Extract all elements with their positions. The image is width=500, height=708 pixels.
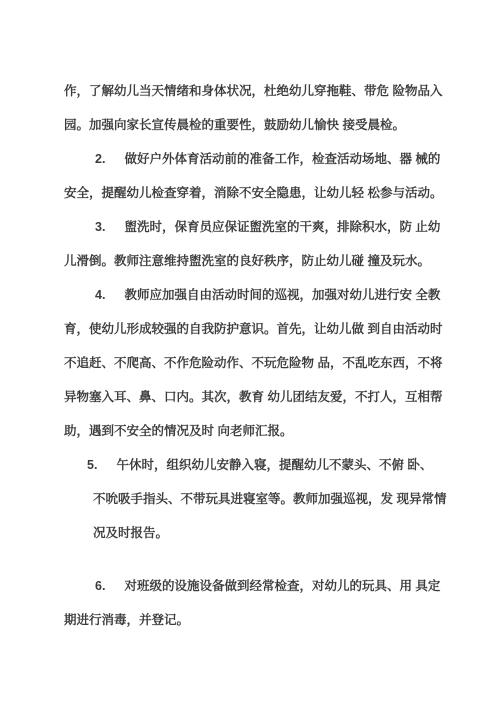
line-text: 午休时，组织幼儿安静入寝，提醒幼儿不蒙头、不俯 卧、 [116, 458, 432, 472]
paragraph: 4.教师应加强自由活动时间的巡视，加强对幼儿进行安 全教育，使幼儿形成较强的自我… [64, 278, 442, 448]
line-text: 儿滑倒。教师注意维持盥洗室的良好秩序，防止幼儿碰 撞及玩水。 [64, 254, 430, 268]
list-number: 5. [87, 448, 97, 482]
text-line: 3.盥洗时，保育员应保证盥洗室的干爽，排除积水，防 止幼 [64, 210, 442, 244]
text-line: 6.对班级的设施设备做到经常检查，对幼儿的玩具、用 具定 [64, 569, 442, 603]
text-line: 助，遇到不安全的情况及时 向老师汇报。 [64, 414, 442, 448]
list-number: 2. [95, 142, 105, 176]
line-text: 作，了解幼儿当天情绪和身体状况，杜绝幼儿穿拖鞋、带危 险物品入 [64, 84, 442, 98]
text-line: 异物塞入耳、鼻、口内。其次，教育 幼儿团结友爱，不打人，互相帮 [64, 380, 442, 414]
text-line: 期进行消毒，并登记。 [64, 603, 442, 637]
text-line: 园。加强向家长宣传晨检的重要性，鼓励幼儿愉快 接受晨检。 [64, 108, 442, 142]
document-text: 作，了解幼儿当天情绪和身体状况，杜绝幼儿穿拖鞋、带危 险物品入园。加强向家长宣传… [64, 74, 442, 637]
text-line: 不吮吸手指头、不带玩具进寝室等。教师加强巡视，发 现异常情 [93, 482, 442, 516]
line-text: 况及时报告。 [93, 526, 168, 540]
line-text: 园。加强向家长宣传晨检的重要性，鼓励幼儿愉快 接受晨检。 [64, 118, 405, 132]
text-line: 育，使幼儿形成较强的自我防护意识。首先，让幼儿做 到自由活动时 [64, 312, 442, 346]
document-page: 作，了解幼儿当天情绪和身体状况，杜绝幼儿穿拖鞋、带危 险物品入园。加强向家长宣传… [0, 0, 500, 708]
line-text: 做好户外体育活动前的准备工作，检查活动场地、器 械的 [124, 152, 440, 166]
paragraph: 作，了解幼儿当天情绪和身体状况，杜绝幼儿穿拖鞋、带危 险物品入园。加强向家长宣传… [64, 74, 442, 142]
text-line: 不追赶、不爬高、不作危险动作、不玩危险物 品，不乱吃东西，不将 [64, 346, 442, 380]
list-number: 3. [95, 210, 105, 244]
text-line: 2.做好户外体育活动前的准备工作，检查活动场地、器 械的 [64, 142, 442, 176]
paragraph: 3.盥洗时，保育员应保证盥洗室的干爽，排除积水，防 止幼儿滑倒。教师注意维持盥洗… [64, 210, 442, 278]
line-text: 安全，提醒幼儿检查穿着，消除不安全隐患，让幼儿轻 松参与活动。 [64, 186, 442, 200]
line-text: 育，使幼儿形成较强的自我防护意识。首先，让幼儿做 到自由活动时 [64, 322, 442, 336]
text-line: 况及时报告。 [93, 516, 442, 550]
line-text: 盥洗时，保育员应保证盥洗室的干爽，排除积水，防 止幼 [124, 220, 440, 234]
text-line: 5.午休时，组织幼儿安静入寝，提醒幼儿不蒙头、不俯 卧、 [87, 448, 442, 482]
text-line: 安全，提醒幼儿检查穿着，消除不安全隐患，让幼儿轻 松参与活动。 [64, 176, 442, 210]
list-number: 6. [95, 569, 105, 603]
line-text: 不吮吸手指头、不带玩具进寝室等。教师加强巡视，发 现异常情 [93, 492, 446, 506]
line-text: 不追赶、不爬高、不作危险动作、不玩危险物 品，不乱吃东西，不将 [64, 356, 442, 370]
paragraph: 2.做好户外体育活动前的准备工作，检查活动场地、器 械的安全，提醒幼儿检查穿着，… [64, 142, 442, 210]
paragraph: 5.午休时，组织幼儿安静入寝，提醒幼儿不蒙头、不俯 卧、不吮吸手指头、不带玩具进… [93, 448, 442, 550]
line-text: 期进行消毒，并登记。 [64, 613, 189, 627]
text-line: 4.教师应加强自由活动时间的巡视，加强对幼儿进行安 全教 [64, 278, 442, 312]
line-text: 对班级的设施设备做到经常检查，对幼儿的玩具、用 具定 [124, 579, 440, 593]
text-line: 儿滑倒。教师注意维持盥洗室的良好秩序，防止幼儿碰 撞及玩水。 [64, 244, 442, 278]
text-line: 作，了解幼儿当天情绪和身体状况，杜绝幼儿穿拖鞋、带危 险物品入 [64, 74, 442, 108]
list-number: 4. [95, 278, 105, 312]
line-text: 教师应加强自由活动时间的巡视，加强对幼儿进行安 全教 [124, 288, 440, 302]
paragraph: 6.对班级的设施设备做到经常检查，对幼儿的玩具、用 具定期进行消毒，并登记。 [64, 569, 442, 637]
line-text: 助，遇到不安全的情况及时 向老师汇报。 [64, 424, 292, 438]
line-text: 异物塞入耳、鼻、口内。其次，教育 幼儿团结友爱，不打人，互相帮 [64, 390, 442, 404]
